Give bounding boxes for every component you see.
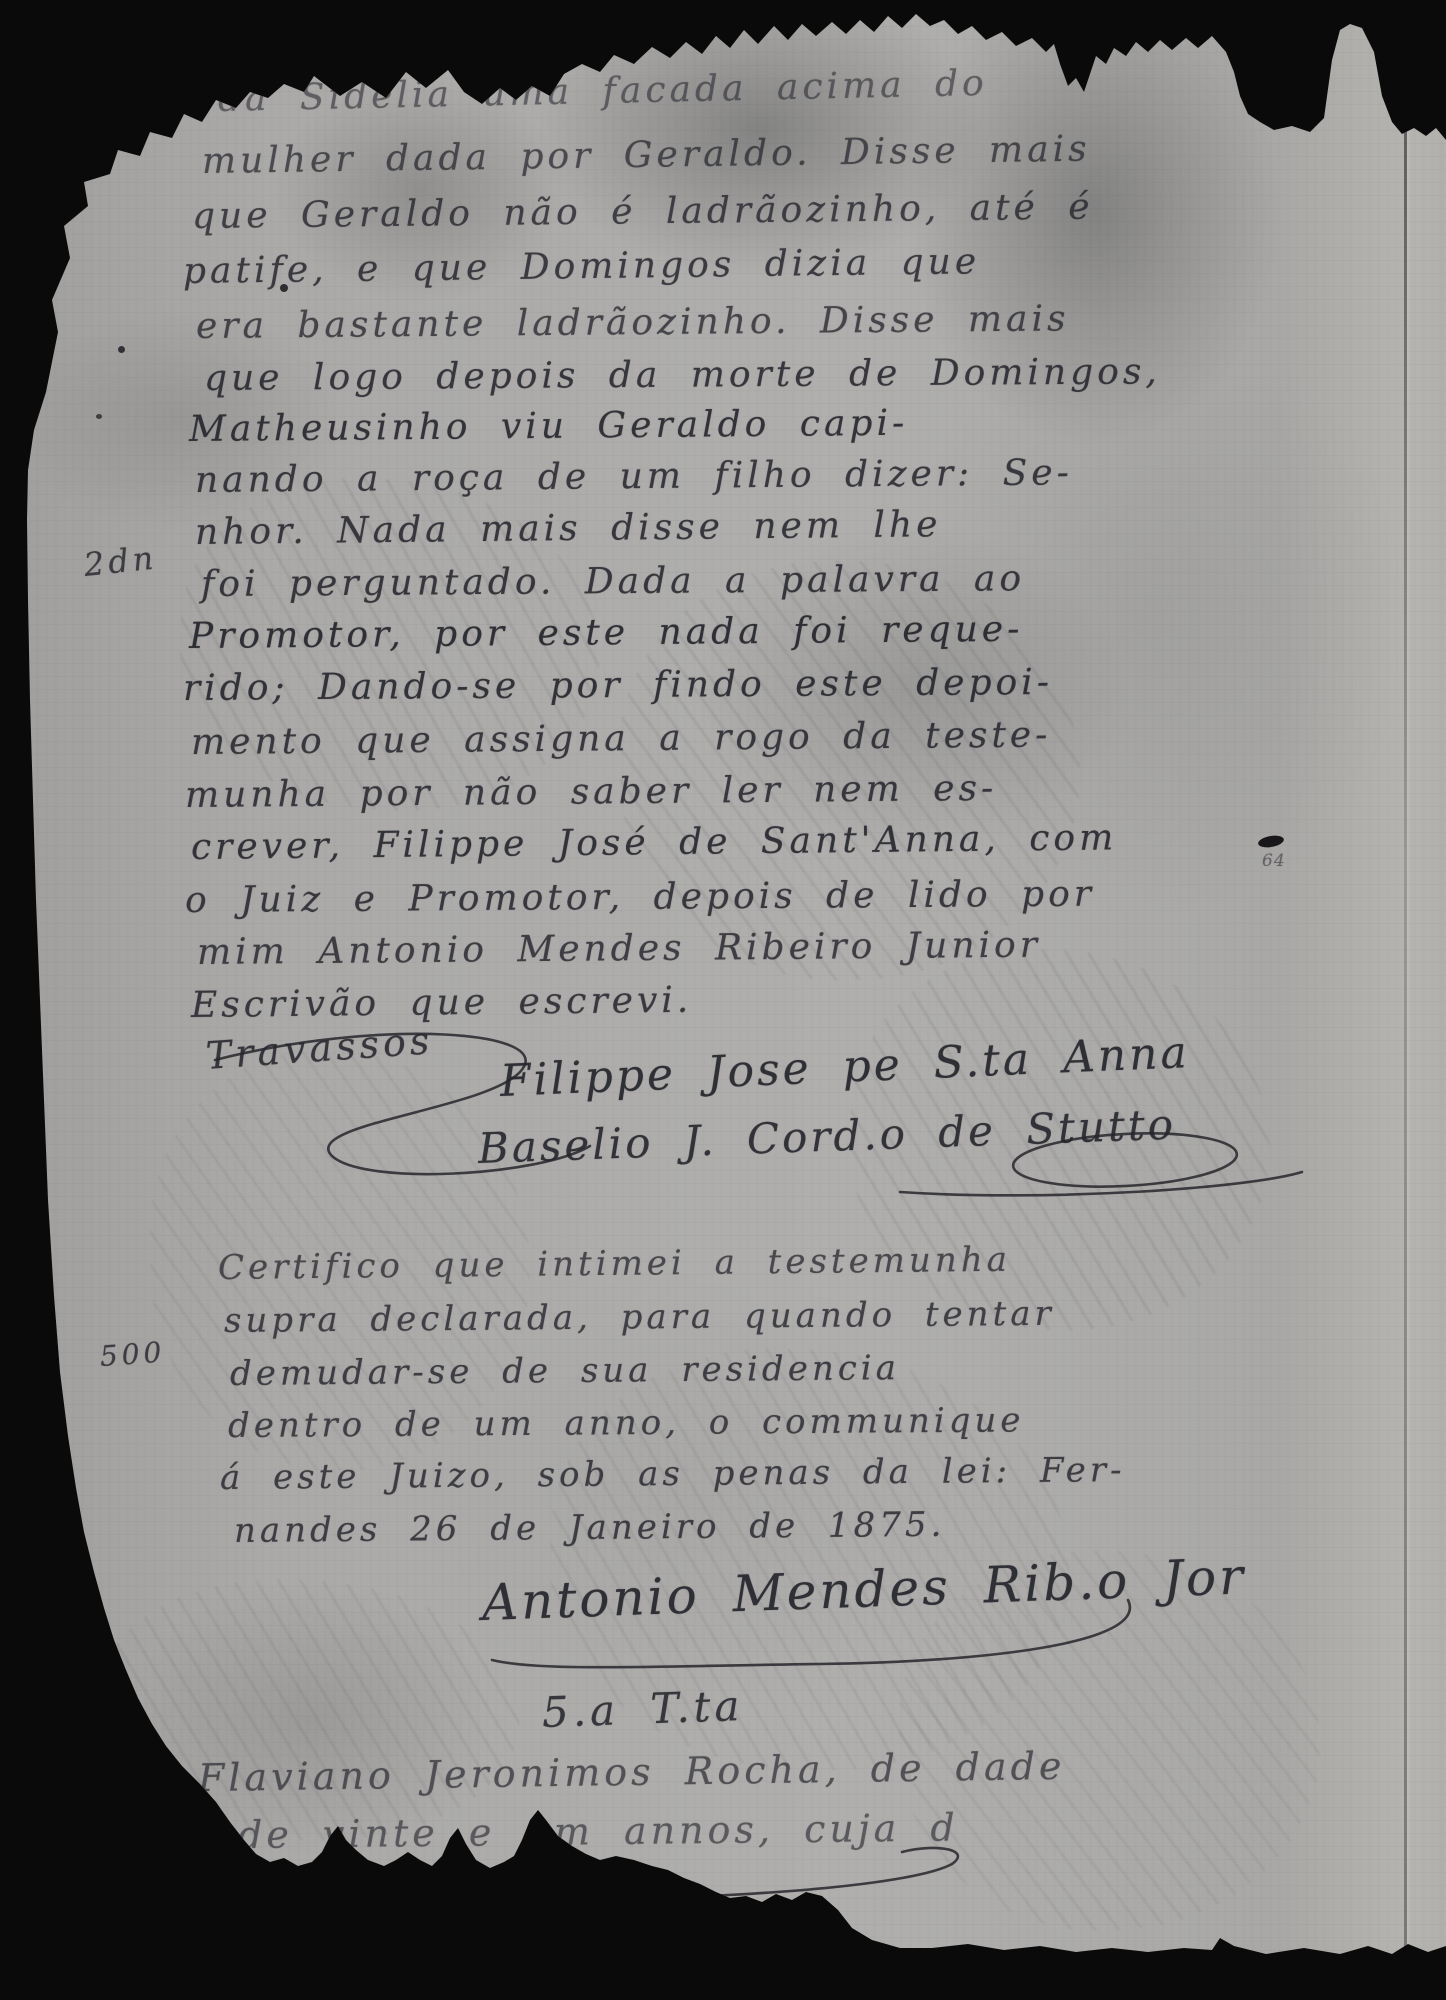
next-witness-line-2: de vinte e um annos, cuja d bbox=[238, 1807, 959, 1856]
ink-blot bbox=[1257, 834, 1285, 849]
certification-line-2: supra declarada, para quando tentar bbox=[224, 1296, 1055, 1341]
handwritten-line-9: nhor. Nada mais disse nem lhe bbox=[195, 505, 942, 552]
handwritten-line-7: Matheusinho viu Geraldo capi- bbox=[189, 404, 909, 450]
handwritten-line-2: mulher dada por Geraldo. Disse mais bbox=[202, 130, 1091, 182]
handwritten-line-12: rido; Dando-se por findo este depoi- bbox=[183, 663, 1053, 709]
handwritten-line-1: da Sidelia uma facada acima do bbox=[218, 64, 989, 120]
torn-manuscript-page: da Sidelia uma facada acima do mulher da… bbox=[0, 0, 1446, 2000]
handwritten-line-11: Promotor, por este nada foi reque- bbox=[189, 610, 1024, 657]
margin-note-witness-mark: 2dn bbox=[82, 540, 159, 583]
bottom-line-swash bbox=[310, 1848, 958, 1900]
document-scan: da Sidelia uma facada acima do mulher da… bbox=[0, 0, 1446, 2000]
ink-dot bbox=[96, 414, 102, 419]
ink-dot bbox=[280, 284, 288, 292]
certification-line-4: dentro de um anno, o communique bbox=[228, 1402, 1025, 1445]
handwritten-line-10: foi perguntado. Dada a palavra ao bbox=[201, 559, 1025, 604]
handwritten-line-18: Escrivão que escrevi. bbox=[191, 981, 693, 1026]
handwritten-line-3: que Geraldo não é ladrãozinho, até é bbox=[192, 188, 1094, 237]
margin-pencil-mark: 64 bbox=[1262, 852, 1286, 871]
certification-line-6: nandes 26 de Janeiro de 1875. bbox=[234, 1507, 946, 1551]
handwritten-line-4: patife, e que Domingos dizia que bbox=[183, 242, 981, 291]
handwritten-line-14: munha por não saber ler nem es- bbox=[185, 769, 997, 816]
ink-dot bbox=[118, 346, 125, 353]
ink-showthrough-patch bbox=[96, 1573, 525, 1847]
page-fold-crease bbox=[1404, 130, 1407, 1950]
handwritten-line-13: mento que assigna a rogo da teste- bbox=[191, 715, 1052, 762]
handwritten-line-17: mim Antonio Mendes Ribeiro Junior bbox=[197, 926, 1041, 973]
handwritten-line-5: era bastante ladrãozinho. Disse mais bbox=[196, 299, 1070, 346]
certification-line-1: Certifico que intimei a testemunha bbox=[218, 1242, 1011, 1288]
handwritten-line-6: que logo depois da morte de Domingos, bbox=[204, 352, 1161, 398]
handwritten-line-16: o Juiz e Promotor, depois de lido por bbox=[185, 875, 1095, 921]
certification-line-3: demudar-se de sua residencia bbox=[230, 1350, 900, 1393]
handwritten-line-8: nando a roça de um filho dizer: Se- bbox=[195, 453, 1073, 500]
section-heading-5th-witness: 5.a T.ta bbox=[541, 1683, 744, 1736]
certification-line-5: á este Juizo, sob as penas da lei: Fer- bbox=[220, 1452, 1126, 1497]
margin-note-amount: 500 bbox=[99, 1337, 166, 1372]
